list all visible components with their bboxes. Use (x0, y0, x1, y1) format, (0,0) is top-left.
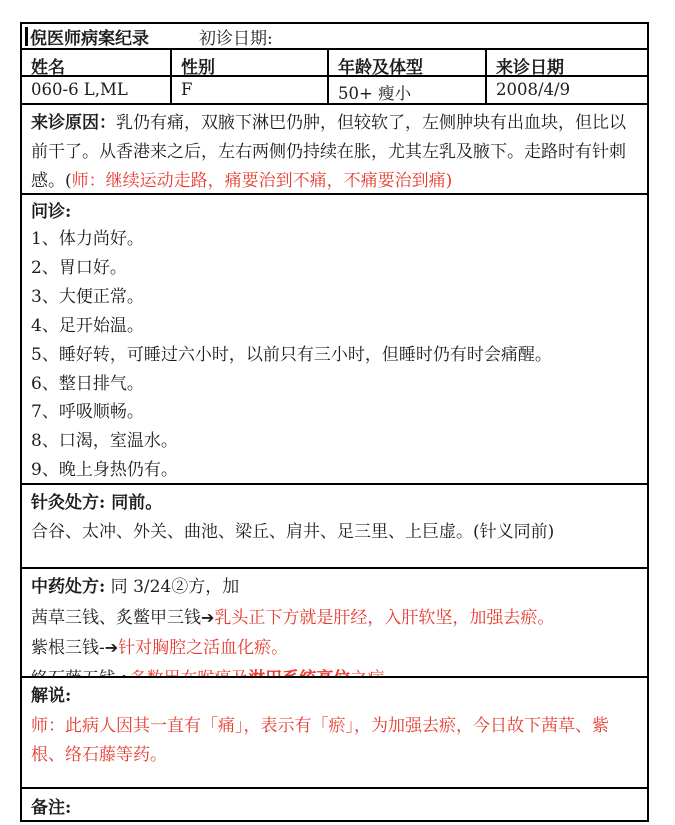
title-row: 倪医师病案纪录 初诊日期: (22, 24, 647, 50)
inquiry-item: 4、足开始温。 (31, 312, 638, 341)
inquiry-item: 9、晚上身热仍有。 (31, 456, 638, 485)
text-cursor-caret (25, 27, 28, 46)
herbal-intro: 同 3/24②方，加 (105, 577, 239, 597)
explanation-text: 师：此病人因其一直有「痛」，表示有「瘀」，为加强去瘀，今日故下茜草、紫根、络石藤… (31, 716, 609, 766)
herb-note: 多数用在喉癌及 (129, 669, 248, 679)
inquiry-label: 问诊: (31, 199, 638, 225)
header-name: 姓名 (22, 50, 172, 75)
acupuncture-section: 针灸处方: 同前。 合谷、太冲、外关、曲池、梁丘、肩井、足三里、上巨虚。(针义同… (22, 485, 647, 569)
visit-reason-section: 来诊原因：乳仍有痛，双腋下淋巴仍肿，但较软了，左侧肿块有出血块，但比以前干了。从… (22, 105, 647, 195)
herbal-line: 紫根三钱-➔针对胸腔之活血化瘀。 (31, 633, 638, 664)
visit-reason-paren-close: ) (446, 171, 453, 191)
herb-names: 络石藤五钱 (31, 669, 116, 679)
value-name: 060-6 L,ML (22, 77, 172, 103)
explanation-section: 解说: 师：此病人因其一直有「痛」，表示有「瘀」，为加强去瘀，今日故下茜草、紫根… (22, 678, 647, 789)
inquiry-section: 问诊: 1、体力尚好。 2、胃口好。 3、大便正常。 4、足开始温。 5、睡好转… (22, 195, 647, 485)
inquiry-item: 3、大便正常。 (31, 283, 638, 312)
inquiry-item: 5、睡好转，可睡过六小时，以前只有三小时，但睡时仍有时会痛醒。 (31, 341, 638, 370)
document-title: 倪医师病案纪录 (30, 24, 149, 49)
header-visit-date: 来诊日期 (487, 50, 647, 75)
herbal-heading: 中药处方: 同 3/24②方，加 (31, 573, 638, 603)
explanation-label: 解说: (31, 682, 638, 712)
visit-reason-label: 来诊原因： (31, 113, 116, 133)
herb-note: 乳头正下方就是肝经，入肝软坚，加强去瘀。 (214, 608, 554, 628)
value-age-build: 50+ 瘦小 (329, 77, 487, 103)
first-visit-date-label: 初诊日期: (199, 24, 273, 49)
medical-record-table: 倪医师病案纪录 初诊日期: 姓名 性别 年龄及体型 来诊日期 060-6 L,M… (20, 22, 649, 822)
visit-reason-teacher-note: 师：继续运动走路，痛要治到不痛，不痛要治到痛 (72, 171, 446, 191)
herb-note-bold: 淋巴系统高位 (248, 669, 350, 679)
inquiry-item: 6、整日排气。 (31, 370, 638, 399)
value-gender: F (172, 77, 329, 103)
visit-reason-paren-open: ( (65, 171, 72, 191)
info-value-row: 060-6 L,ML F 50+ 瘦小 2008/4/9 (22, 77, 647, 105)
herb-names: 紫根三钱- (31, 638, 105, 658)
herbal-line: 络石藤五钱➔多数用在喉癌及淋巴系统高位之症。 (31, 664, 638, 679)
value-visit-date: 2008/4/9 (487, 77, 647, 103)
remarks-section: 备注: (22, 789, 647, 820)
acupuncture-label: 针灸处方: 同前。 (31, 489, 638, 518)
herb-note-tail: 之症。 (350, 669, 401, 679)
header-gender: 性别 (172, 50, 329, 75)
right-arrow-icon: ➔ (201, 608, 214, 627)
herbal-label: 中药处方: (31, 577, 105, 597)
inquiry-item: 1、体力尚好。 (31, 225, 638, 254)
herbal-section: 中药处方: 同 3/24②方，加 茜草三钱、炙鳖甲三钱➔乳头正下方就是肝经，入肝… (22, 569, 647, 678)
herb-names: 茜草三钱、炙鳖甲三钱 (31, 608, 201, 628)
right-arrow-icon: ➔ (105, 638, 118, 657)
inquiry-item: 2、胃口好。 (31, 254, 638, 283)
info-header-row: 姓名 性别 年龄及体型 来诊日期 (22, 50, 647, 77)
header-age-build: 年龄及体型 (329, 50, 487, 75)
herbal-line: 茜草三钱、炙鳖甲三钱➔乳头正下方就是肝经，入肝软坚，加强去瘀。 (31, 603, 638, 634)
inquiry-item: 7、呼吸顺畅。 (31, 398, 638, 427)
herb-note: 针对胸腔之活血化瘀。 (118, 638, 288, 658)
right-arrow-icon: ➔ (116, 669, 129, 679)
acupuncture-points: 合谷、太冲、外关、曲池、梁丘、肩井、足三里、上巨虚。(针义同前) (31, 518, 638, 547)
inquiry-item: 8、口渴，室温水。 (31, 427, 638, 456)
remarks-label: 备注: (31, 798, 71, 818)
